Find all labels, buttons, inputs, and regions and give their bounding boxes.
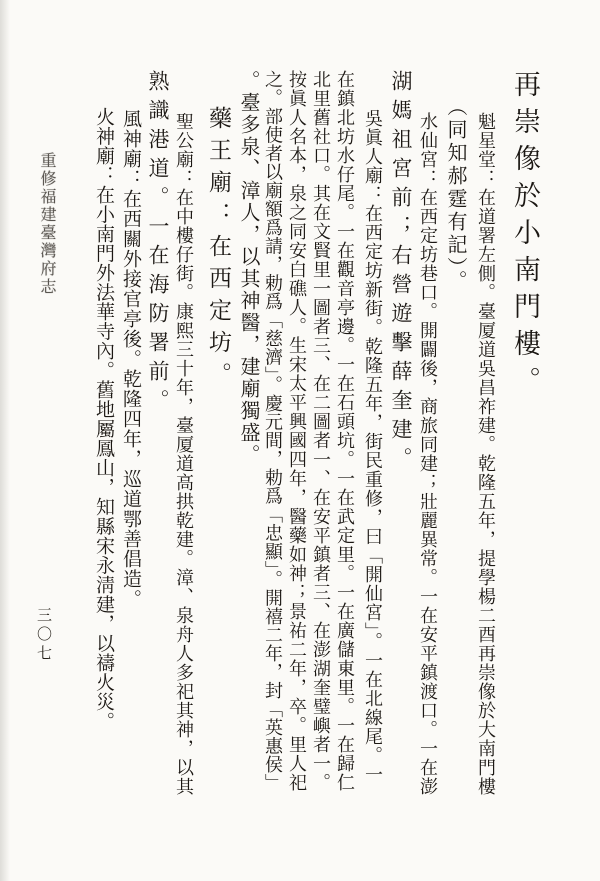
text-column: 。臺多泉、漳人，以其神醫，建廟獨盛。 [238,70,258,830]
main-text-block: 再崇像於小南門樓。 魁星堂：在道署左側。臺厦道吳昌祚建。乾隆五年，提學楊二酉再崇… [88,70,538,830]
text-column: 火神廟：在小南門外法華寺內。舊地屬鳳山，知縣宋永淸建，以禱火災。 [94,70,113,830]
book-page: 再崇像於小南門樓。 魁星堂：在道署左側。臺厦道吳昌祚建。乾隆五年，提學楊二酉再崇… [0,0,600,881]
text-column: 水仙宮：在西定坊巷口。開闢後，商旅同建；壯麗異常。一在安平鎮渡口。一在澎 [419,70,437,830]
text-column: 藥王廟：在西定坊。 [207,70,230,830]
text-column: （同知郝霆有記）。 [445,70,465,830]
text-column: 湖媽祖宮前；右營遊擊薛奎建。 [390,70,411,830]
text-column: 按眞人名本，泉之同安白礁人。生宋太平興國四年，醫藥如神；景祐二年，卒。里人祀 [288,70,306,830]
book-title-margin: 重修福建臺灣府志 [38,152,54,296]
gutter-shadow [0,0,10,881]
text-column: 魁星堂：在道署左側。臺厦道吳昌祚建。乾隆五年，提學楊二酉再崇像於大南門樓 [477,70,495,830]
text-column: 在鎮北坊水仔尾。一在觀音亭邊。一在石頭坑。一在武定里。一在廣儲東里。一在歸仁 [336,70,354,830]
text-column: 再崇像於小南門樓。 [511,70,538,830]
text-column: 熟識港道。一在海防署前。 [147,70,168,830]
text-column: 聖公廟：在中樓仔街。康熙三十年，臺厦道高拱乾建。漳、泉舟人多祀其神，以其 [175,70,193,830]
page-number: 三〇七 [35,607,50,664]
text-column: 北里舊社口。其在文賢里一圖者三、在二圖者一、在安平鎮者三、在澎湖奎璧嶼者一。 [312,70,330,830]
text-column: 吳眞人廟：在西定坊新街。乾隆五年，街民重修，曰「開仙宮」。一在北線尾。一 [364,70,382,830]
text-column: 風神廟：在西關外接官亭後。乾隆四年，巡道鄂善倡造。 [121,70,140,830]
text-column: 之。部使者以廟額爲請，勅爲「慈濟」。慶元間，勅爲「忠顯」。開禧二年，封「英惠侯」 [264,70,282,830]
